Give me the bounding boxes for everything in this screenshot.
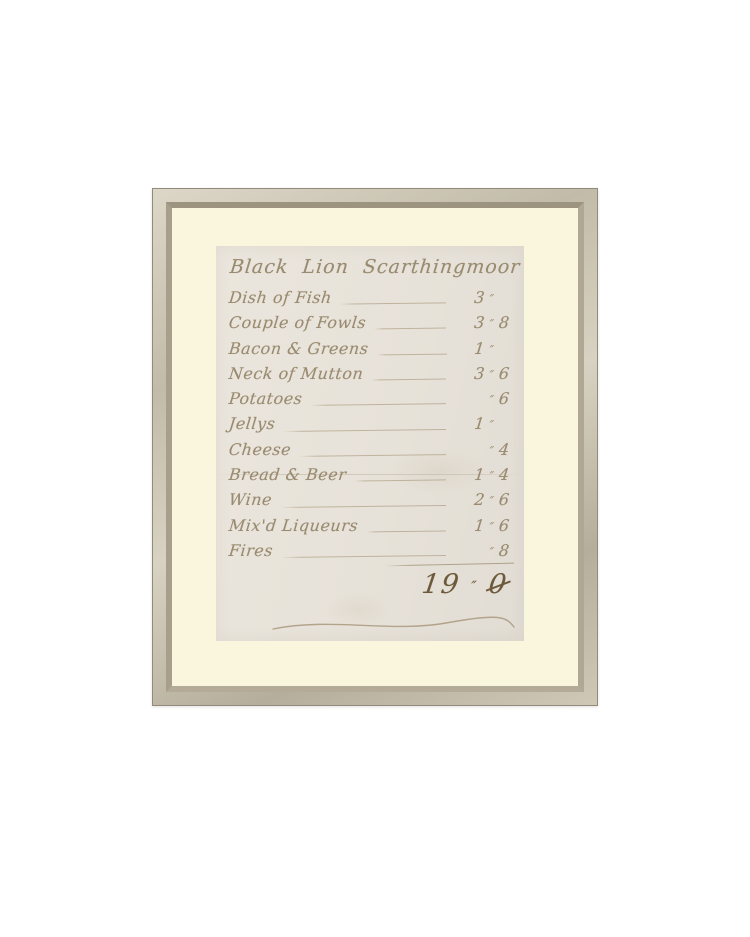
ditto-mark: ″: [484, 520, 499, 534]
item-label: Potatoes: [228, 389, 303, 408]
item-label: Fires: [228, 541, 274, 560]
shillings-value: 1: [466, 516, 486, 535]
shillings-value: 2: [466, 490, 486, 509]
pence-value: 6: [498, 389, 516, 408]
ditto-mark: ″: [484, 343, 499, 357]
shillings-value: 1: [466, 414, 486, 433]
ledger-row: Mix'd Liqueurs 1″6: [229, 516, 515, 541]
leader-line: [376, 353, 446, 355]
pence-value: 8: [498, 313, 516, 332]
handwritten-bill-document: Black Lion Scarthingmoor Dish of Fish 3″…: [216, 246, 524, 641]
total-shillings: 19: [420, 569, 463, 600]
flourish-stroke-icon: [271, 613, 516, 635]
item-amount: 3″: [450, 288, 516, 307]
ledger-row: Neck of Mutton 3″6: [229, 364, 515, 389]
item-label: Mix'd Liqueurs: [228, 516, 359, 535]
total-amount: 19 ″ 0: [382, 569, 516, 600]
mat-board: Black Lion Scarthingmoor Dish of Fish 3″…: [172, 208, 578, 686]
frame-inner-bevel: Black Lion Scarthingmoor Dish of Fish 3″…: [166, 202, 584, 692]
ledger-row: Bacon & Greens 1″: [229, 339, 515, 364]
ledger-row: Jellys 1″: [229, 414, 515, 439]
leader-line: [366, 530, 446, 532]
leader-line: [310, 404, 446, 407]
item-amount: ″4: [450, 440, 516, 459]
shillings-value: 3: [466, 288, 486, 307]
shillings-value: 3: [466, 313, 486, 332]
item-label: Couple of Fowls: [228, 313, 367, 332]
item-label: Jellys: [228, 414, 276, 433]
pence-value: 8: [498, 541, 516, 560]
item-label: Bacon & Greens: [228, 339, 369, 358]
item-amount: 1″: [450, 414, 516, 433]
item-amount: 3″8: [450, 313, 516, 332]
ledger-row: Dish of Fish 3″: [229, 288, 515, 313]
total-rule-line: [384, 563, 514, 567]
ditto-mark: ″: [484, 368, 499, 382]
shillings-value: 3: [466, 364, 486, 383]
item-label: Cheese: [228, 440, 292, 459]
pence-value: 6: [498, 364, 516, 383]
item-amount: ″6: [450, 389, 516, 408]
leader-line: [371, 379, 446, 381]
ledger-row: Cheese ″4: [229, 440, 515, 465]
ditto-mark: ″: [484, 545, 499, 559]
ditto-mark: ″: [470, 579, 479, 595]
bill-items-list: Dish of Fish 3″ Couple of Fowls 3″8 Baco…: [229, 288, 515, 566]
ditto-mark: ″: [484, 418, 499, 432]
ledger-row: Bread & Beer 1″4: [229, 465, 515, 490]
pence-value: 6: [498, 516, 516, 535]
ditto-mark: ″: [484, 393, 499, 407]
pence-value: 4: [498, 440, 516, 459]
leader-line: [280, 505, 446, 508]
leader-line: [340, 302, 446, 304]
item-amount: 2″6: [450, 490, 516, 509]
item-label: Dish of Fish: [228, 288, 333, 307]
item-amount: ″8: [450, 541, 516, 560]
picture-frame: Black Lion Scarthingmoor Dish of Fish 3″…: [152, 188, 598, 706]
ledger-row: Potatoes ″6: [229, 389, 515, 414]
pence-value: 6: [498, 490, 516, 509]
ditto-mark: ″: [484, 494, 499, 508]
ledger-row: Wine 2″6: [229, 490, 515, 515]
leader-line: [281, 555, 446, 558]
total-pence: 0: [487, 569, 511, 600]
total-block: 19 ″ 0: [384, 564, 514, 600]
item-amount: 1″: [450, 339, 516, 358]
ditto-mark: ″: [484, 317, 499, 331]
ditto-mark: ″: [484, 292, 499, 306]
leader-line: [299, 454, 446, 457]
item-label: Neck of Mutton: [228, 364, 364, 383]
leader-line: [374, 328, 446, 330]
item-amount: 3″6: [450, 364, 516, 383]
bill-header: Black Lion Scarthingmoor: [229, 256, 517, 278]
shillings-value: 1: [466, 339, 486, 358]
ditto-mark: ″: [484, 444, 499, 458]
leader-line: [283, 429, 446, 432]
item-amount: 1″6: [450, 516, 516, 535]
paper-crease-line: [216, 474, 524, 475]
ledger-row: Couple of Fowls 3″8: [229, 313, 515, 338]
ditto-mark: ″: [484, 469, 499, 483]
ledger-row: Fires ″8: [229, 541, 515, 566]
leader-line: [354, 480, 446, 482]
item-label: Wine: [228, 490, 273, 509]
